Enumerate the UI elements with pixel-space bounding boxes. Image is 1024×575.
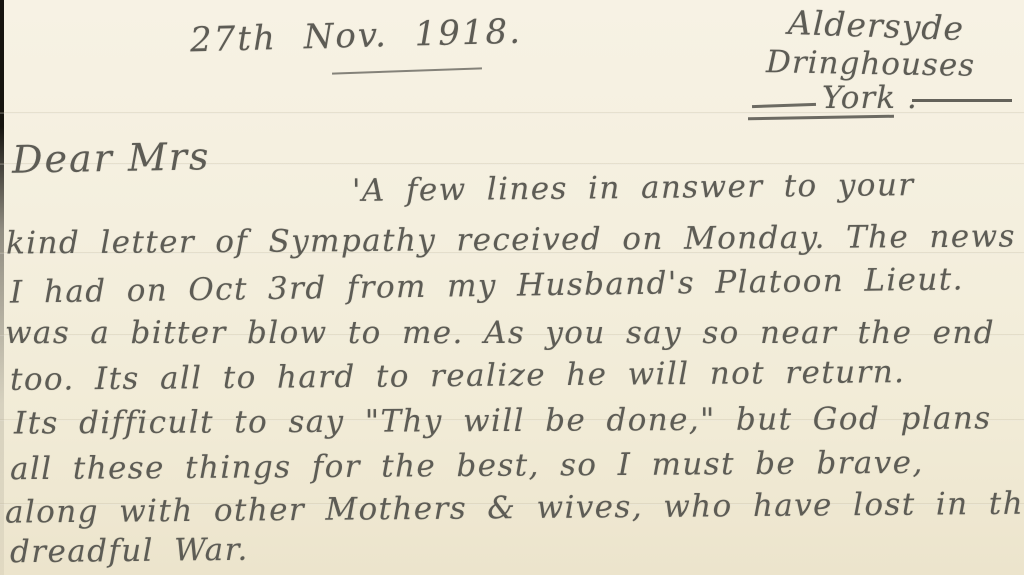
salutation: Dear Mrs [12, 134, 211, 181]
letter-line: kind letter of Sympathy received on Mond… [6, 218, 1016, 261]
york-dash-right [912, 99, 1012, 102]
letter-page: 27th Nov. 1918. Aldersyde Dringhouses Yo… [0, 0, 1024, 575]
letter-line: 'A few lines in answer to your [352, 167, 915, 209]
address-line: Aldersyde [787, 3, 964, 48]
letter-line: I had on Oct 3rd from my Husband's Plato… [10, 261, 964, 310]
letter-line: Its difficult to say "Thy will be done,"… [14, 400, 992, 441]
date-line: 27th Nov. 1918. [190, 12, 523, 61]
date-underline [332, 67, 482, 74]
letter-line: all these things for the best, so I must… [10, 445, 924, 487]
letter-line: was a bitter blow to me. As you say so n… [5, 315, 995, 351]
address-underline [748, 115, 894, 121]
letter-line: too. Its all to hard to realize he will … [10, 354, 906, 398]
letter-line: dreadful War. [10, 532, 249, 570]
letter-line: along with other Mothers & wives, who ha… [5, 485, 1024, 530]
address-line: Dringhouses [766, 44, 976, 84]
address-line: York . [822, 80, 918, 116]
scan-left-edge [0, 0, 4, 575]
york-dash-left [752, 103, 816, 108]
